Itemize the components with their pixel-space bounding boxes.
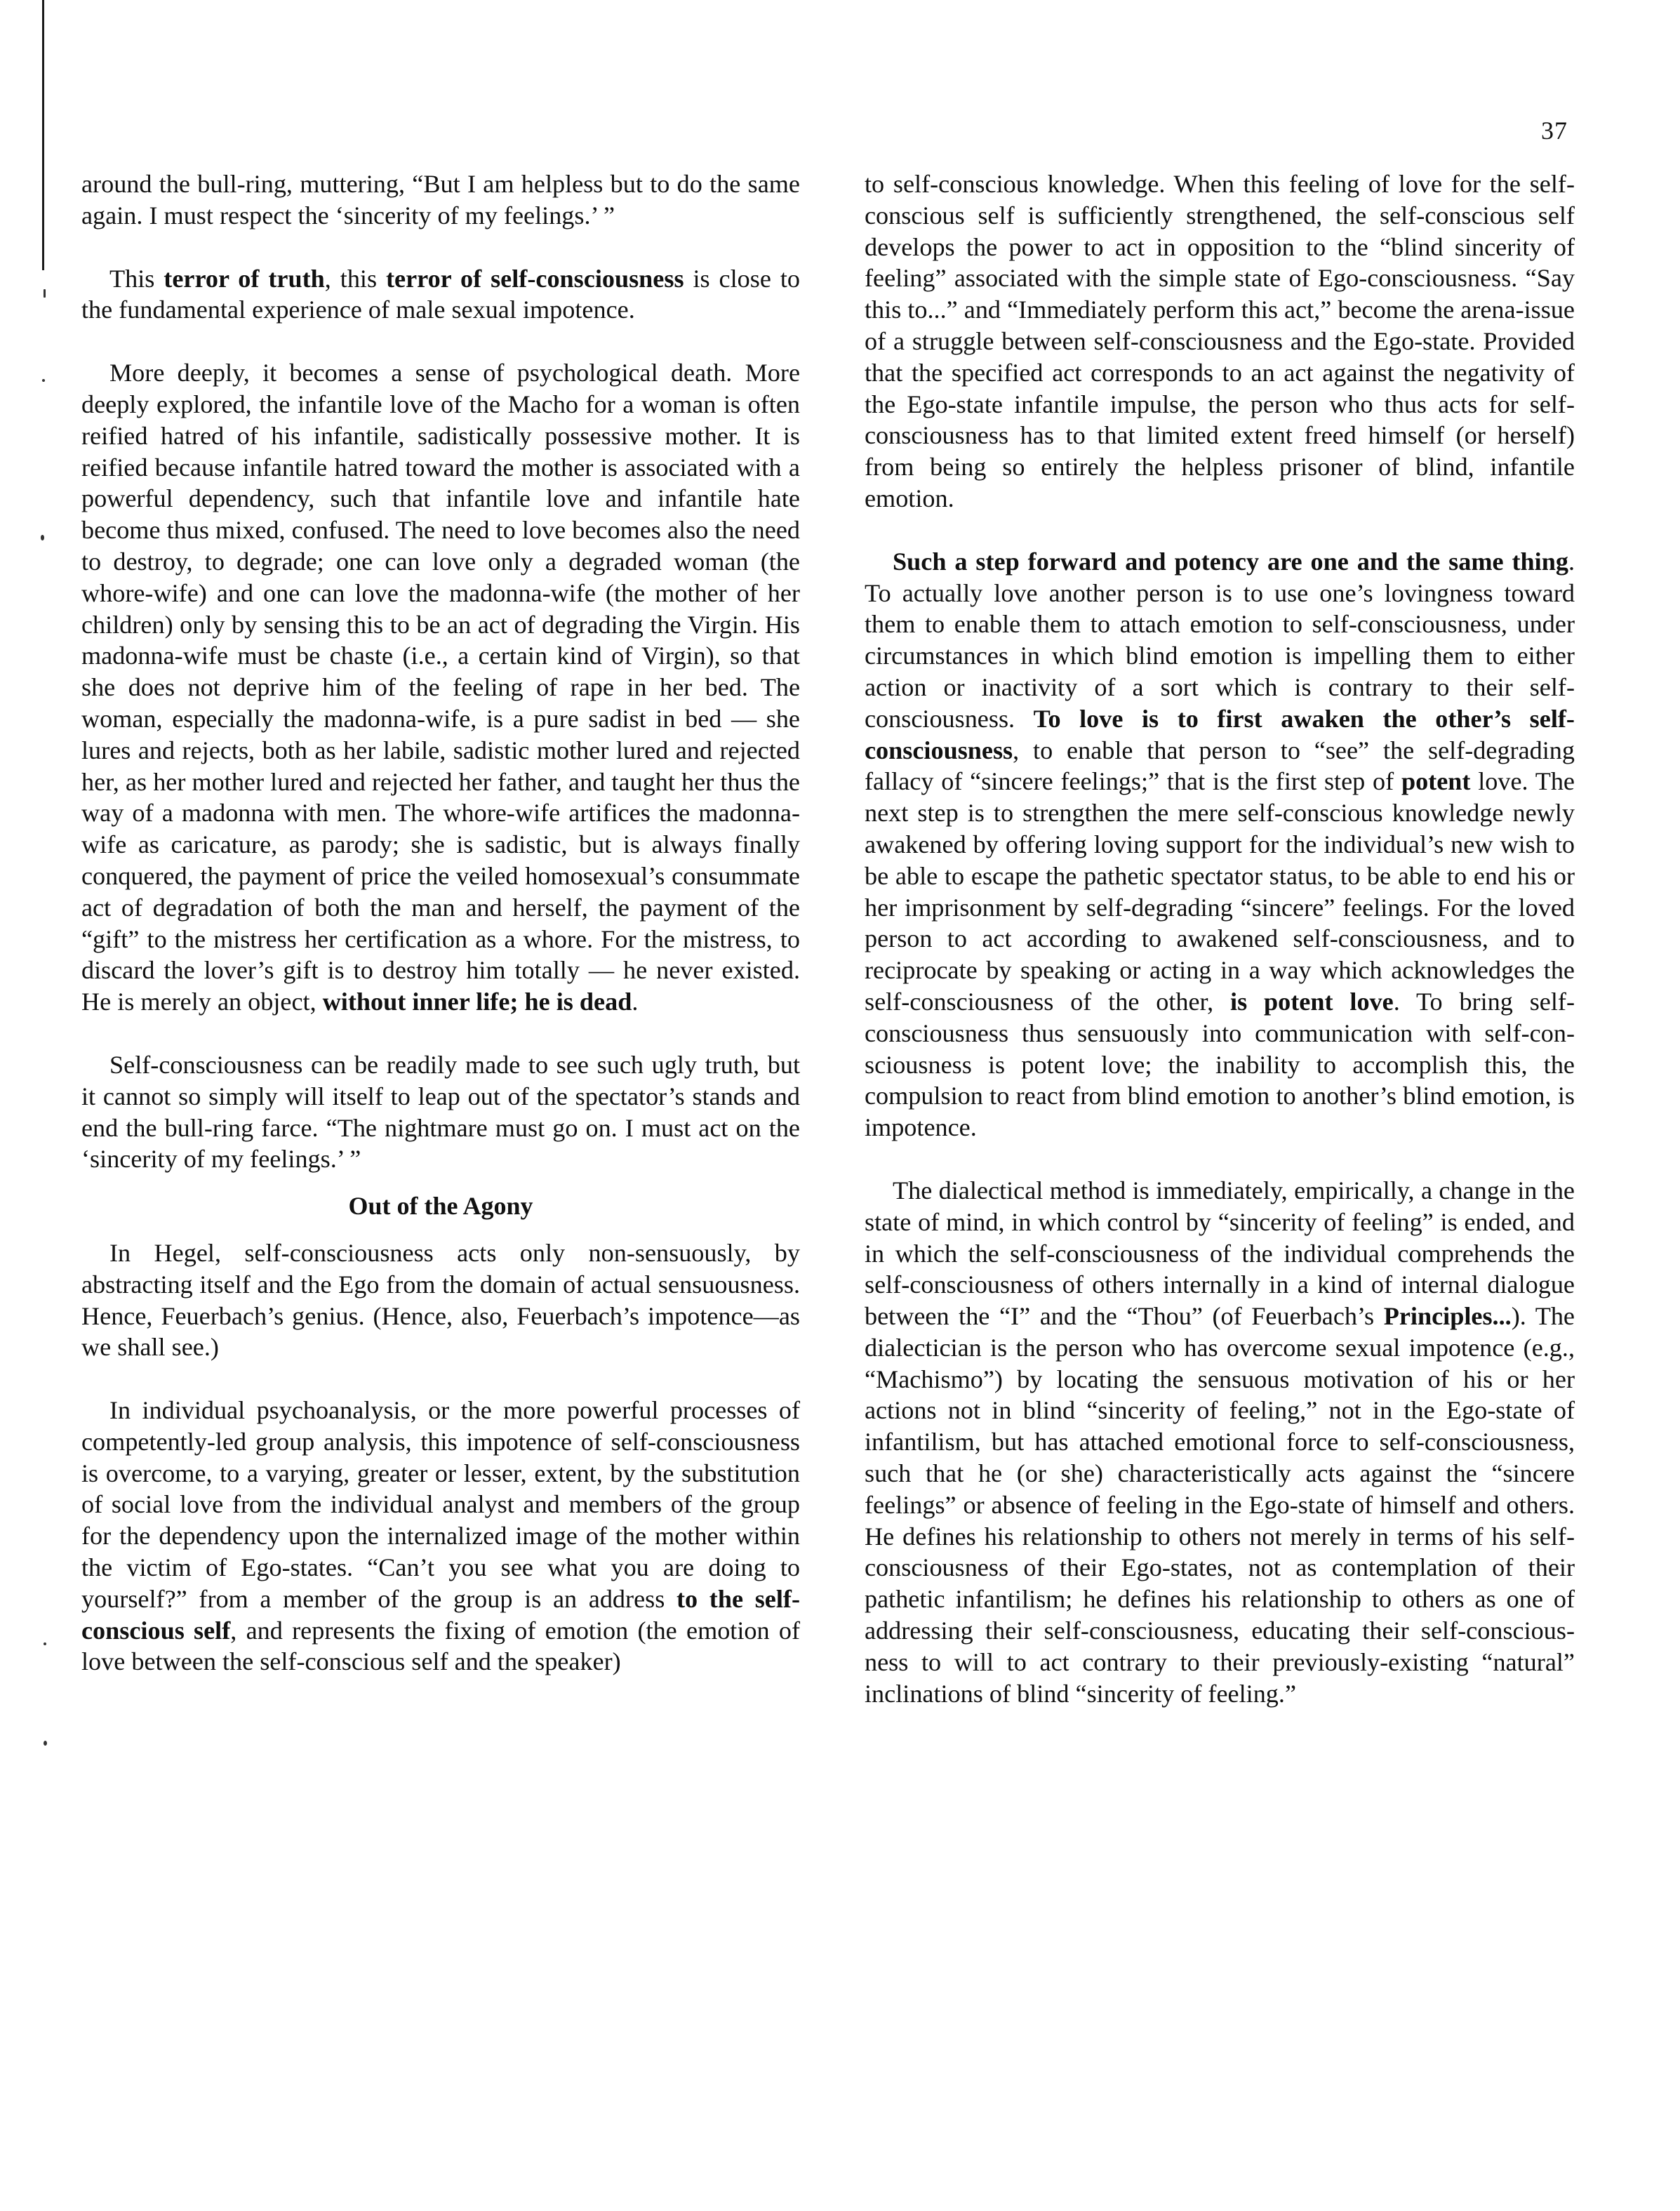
text-run: ). The dialectician is the per­son who h… — [865, 1302, 1575, 1708]
paragraph-hegel: In Hegel, self-consciousness acts only n… — [81, 1237, 800, 1363]
text-run: This — [109, 265, 164, 293]
paragraph-step-forward-potency: Such a step forward and potency are one … — [865, 546, 1575, 1143]
text-run: , this — [325, 265, 386, 293]
paragraph-psychoanalysis: In individual psychoanalysis, or the mor… — [81, 1395, 800, 1678]
text-run: . — [632, 988, 638, 1016]
paragraph-bull-ring-continuation: around the bull-ring, muttering, “But I … — [81, 168, 800, 232]
right-column: to self-conscious knowledge. When this f… — [865, 168, 1575, 1741]
paragraph-self-conscious-knowledge: to self-conscious knowledge. When this f… — [865, 168, 1575, 514]
paragraph-self-consciousness-ugly-truth: Self-consciousness can be readily made t… — [81, 1049, 800, 1175]
scan-speck — [44, 1741, 47, 1746]
bold-word-potent: potent — [1401, 767, 1471, 795]
text-run: More deeply, it becomes a sense of psych… — [81, 359, 800, 1016]
left-column: around the bull-ring, muttering, “But I … — [81, 168, 800, 1709]
bold-phrase-without-inner-life: without inner life; he is dead — [323, 988, 632, 1016]
scan-speck — [41, 535, 44, 540]
text-run: love. The next step is to strengthen the… — [865, 767, 1575, 1016]
paragraph-psychological-death: More deeply, it becomes a sense of psych… — [81, 357, 800, 1018]
page-number: 37 — [1541, 117, 1568, 145]
bold-phrase-terror-of-self-consciousness: terror of self-consciousness — [386, 265, 684, 293]
scan-speck — [42, 379, 45, 382]
section-heading: Out of the Agony — [81, 1190, 800, 1222]
text-run: to self-conscious knowledge. When this f… — [865, 170, 1575, 512]
paragraph-dialectical-method: The dialectical method is immediately, e… — [865, 1175, 1575, 1710]
bold-title-principles: Principles... — [1384, 1302, 1512, 1330]
paragraph-terror-of-truth: This terror of truth, this terror of sel… — [81, 263, 800, 326]
scan-speck — [44, 289, 46, 298]
bold-phrase-step-forward: Such a step forward and potency are one … — [893, 547, 1568, 576]
bold-phrase-terror-of-truth: terror of truth — [164, 265, 325, 293]
binding-edge-line — [42, 0, 44, 270]
scan-speck — [44, 1642, 46, 1645]
text-run: Self-consciousness can be readily made t… — [81, 1051, 800, 1173]
bold-phrase-is-potent-love: is potent love — [1230, 988, 1394, 1016]
text-run: In individual psychoanalysis, or the mor… — [81, 1396, 800, 1613]
paragraph-text: around the bull-ring, muttering, “But I … — [81, 170, 800, 230]
text-run: In Hegel, self-consciousness acts only n… — [81, 1239, 800, 1361]
